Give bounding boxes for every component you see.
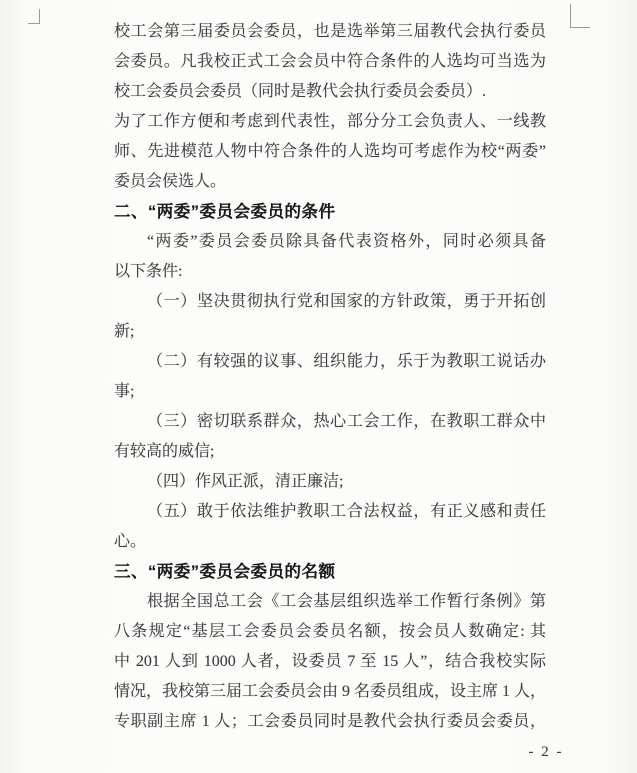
text-line: 专职副主席 1 人；工会委员同时是教代会执行委员会委员，: [114, 707, 546, 737]
paragraph: （四）作风正派，清正廉洁;: [114, 467, 546, 497]
text-line: 根据全国总工会《工会基层组织选举工作暂行条例》第: [114, 587, 546, 617]
heading-text: 三、“两委”委员会委员的名额: [114, 557, 546, 587]
text-line: 会委员。凡我校正式工会会员中符合条件的人选均可当选为: [114, 47, 546, 77]
text-line: （四）作风正派，清正廉洁;: [114, 467, 546, 497]
text-line: 校工会第三届委员会委员，也是选举第三届教代会执行委员: [114, 17, 546, 47]
scanned-document-page: 校工会第三届委员会委员，也是选举第三届教代会执行委员会委员。凡我校正式工会会员中…: [0, 0, 637, 773]
text-line: （二）有较强的议事、组织能力，乐于为教职工说话办: [114, 347, 546, 377]
text-line: 以下条件:: [114, 257, 546, 287]
text-line: （一）坚决贯彻执行党和国家的方针政策，勇于开拓创: [114, 287, 546, 317]
text-line: 中 201 人到 1000 人者，设委员 7 至 15 人”，结合我校实际: [114, 647, 546, 677]
text-line: 校工会委员会委员（同时是教代会执行委员会委员）.: [114, 77, 546, 107]
text-line: 为了工作方便和考虑到代表性，部分分工会负责人、一线教: [114, 107, 546, 137]
text-line: 心。: [114, 527, 546, 557]
paragraph: （二）有较强的议事、组织能力，乐于为教职工说话办事;: [114, 347, 546, 407]
text-line: 师、先进模范人物中符合条件的人选均可考虑作为校“两委”: [114, 137, 546, 167]
text-line: 新;: [114, 317, 546, 347]
paragraph: 为了工作方便和考虑到代表性，部分分工会负责人、一线教师、先进模范人物中符合条件的…: [114, 107, 546, 197]
text-line: 有较高的威信;: [114, 437, 546, 467]
paragraph: （三）密切联系群众，热心工会工作，在教职工群众中有较高的威信;: [114, 407, 546, 467]
page-number: - 2 -: [514, 742, 578, 762]
text-line: 事;: [114, 377, 546, 407]
text-line: （五）敢于依法维护教职工合法权益，有正义感和责任: [114, 497, 546, 527]
fold-mark-top-left: [28, 9, 40, 24]
document-body: 校工会第三届委员会委员，也是选举第三届教代会执行委员会委员。凡我校正式工会会员中…: [114, 17, 546, 737]
heading-text: 二、“两委”委员会委员的条件: [114, 197, 546, 227]
paragraph: （一）坚决贯彻执行党和国家的方针政策，勇于开拓创新;: [114, 287, 546, 347]
text-line: （三）密切联系群众，热心工会工作，在教职工群众中: [114, 407, 546, 437]
text-line: “两委”委员会委员除具备代表资格外，同时必须具备: [114, 227, 546, 257]
section-heading: 二、“两委”委员会委员的条件: [114, 197, 546, 227]
text-line: 八条规定“基层工会委员会委员名额，按会员人数确定: 其: [114, 617, 546, 647]
paragraph: 根据全国总工会《工会基层组织选举工作暂行条例》第八条规定“基层工会委员会委员名额…: [114, 587, 546, 737]
text-line: 情况，我校第三届工会委员会由 9 名委员组成，设主席 1 人，: [114, 677, 546, 707]
paragraph: 校工会第三届委员会委员，也是选举第三届教代会执行委员会委员。凡我校正式工会会员中…: [114, 17, 546, 107]
section-heading: 三、“两委”委员会委员的名额: [114, 557, 546, 587]
text-line: 委员会侯选人。: [114, 167, 546, 197]
paragraph: “两委”委员会委员除具备代表资格外，同时必须具备以下条件:: [114, 227, 546, 287]
paragraph: （五）敢于依法维护教职工合法权益，有正义感和责任心。: [114, 497, 546, 557]
fold-mark-top-right: [570, 4, 590, 28]
